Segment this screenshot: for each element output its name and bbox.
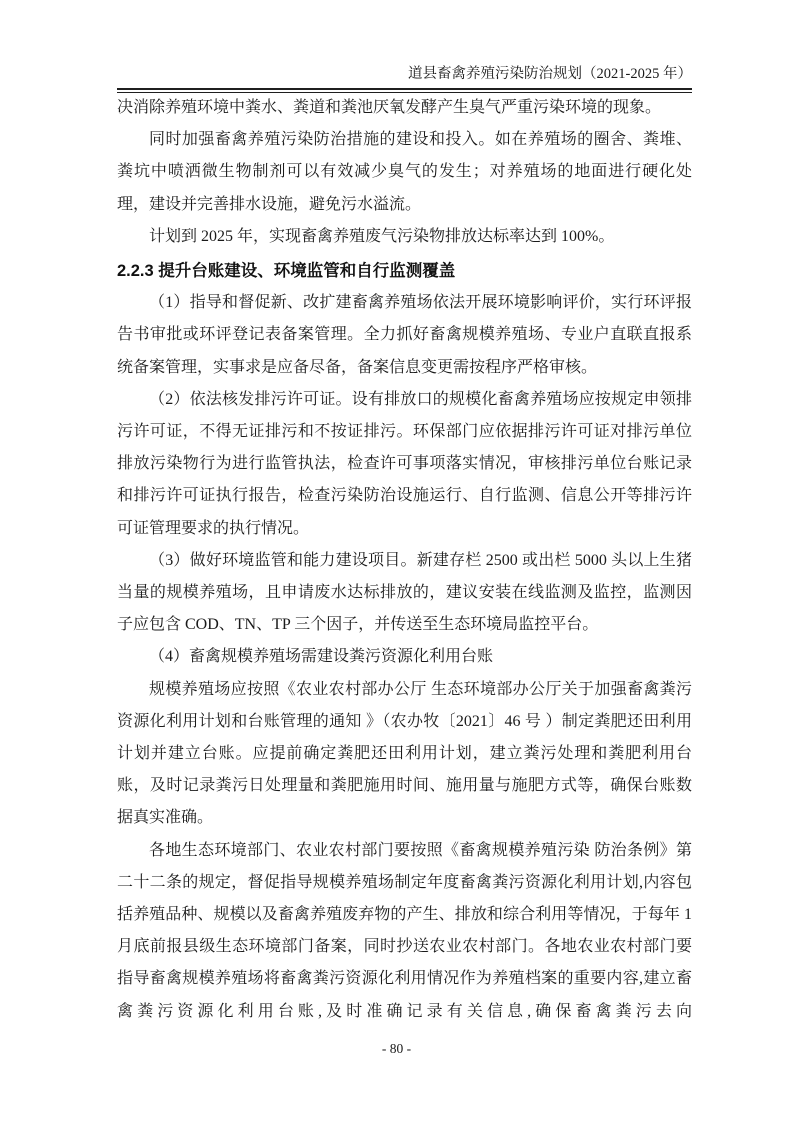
page-footer: - 80 - — [0, 1040, 793, 1058]
body-paragraph: （4）畜禽规模养殖场需建设粪污资源化利用台账 — [117, 641, 692, 673]
document-page: 道县畜禽养殖污染防治规划（2021-2025 年） 决消除养殖环境中粪水、粪道和… — [0, 0, 793, 1122]
body-paragraph-continuation: 决消除养殖环境中粪水、粪道和粪池厌氧发酵产生臭气严重污染环境的现象。 — [117, 92, 692, 124]
body-paragraph: 规模养殖场应按照《农业农村部办公厅 生态环境部办公厅关于加强畜禽粪污资源化利用计… — [117, 674, 692, 835]
page-header: 道县畜禽养殖污染防治规划（2021-2025 年） — [117, 64, 692, 84]
body-paragraph-runover: 各地生态环境部门、农业农村部门要按照《畜禽规模养殖污染 防治条例》第二十二条的规… — [117, 835, 692, 1028]
body-paragraph: 计划到 2025 年，实现畜禽养殖废气污染物排放达标率达到 100%。 — [117, 221, 692, 253]
body-paragraph: （1）指导和督促新、改扩建畜禽养殖场依法开展环境影响评价，实行环评报告书审批或环… — [117, 287, 692, 384]
section-heading: 2.2.3 提升台账建设、环境监管和自行监测覆盖 — [117, 255, 692, 287]
body-paragraph: 同时加强畜禽养殖污染防治措施的建设和投入。如在养殖场的圈舍、粪堆、粪坑中喷洒微生… — [117, 124, 692, 221]
document-body: 决消除养殖环境中粪水、粪道和粪池厌氧发酵产生臭气严重污染环境的现象。 同时加强畜… — [117, 92, 692, 1028]
header-title: 道县畜禽养殖污染防治规划（2021-2025 年） — [408, 66, 692, 82]
body-paragraph: （3）做好环境监管和能力建设项目。新建存栏 2500 或出栏 5000 头以上生… — [117, 545, 692, 642]
body-paragraph: （2）依法核发排污许可证。设有排放口的规模化畜禽养殖场应按规定申领排污许可证，不… — [117, 384, 692, 545]
page-number: - 80 - — [382, 1041, 411, 1056]
